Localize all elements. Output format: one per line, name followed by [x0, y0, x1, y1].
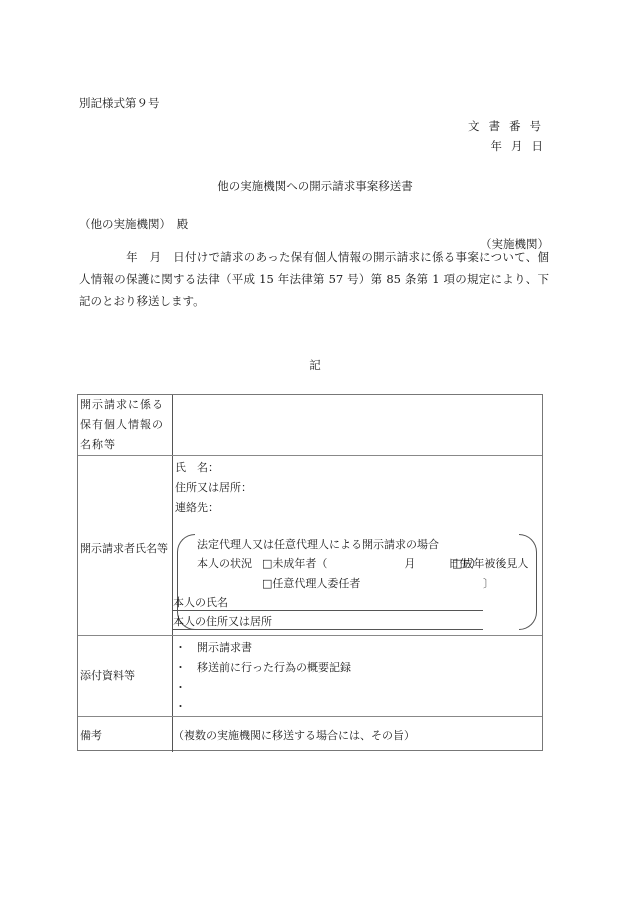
attachment-item[interactable]: ・	[175, 679, 186, 695]
table-row-requester: 開示請求者氏名等 氏 名： 住所又は居所： 連絡先： 法定代理人又は任意代理人に…	[78, 456, 542, 636]
requester-contact-field[interactable]: 連絡先：	[175, 499, 219, 515]
attachment-item: ・ 移送前に行った行為の概要記録	[175, 659, 351, 675]
remarks-label: 備考	[80, 727, 102, 743]
principal-address-label: 本人の住所又は居所	[173, 615, 272, 628]
body-paragraph: 年 月 日付けで請求のあった保有個人情報の開示請求に係る事案について、個人情報の…	[79, 246, 549, 312]
requester-value: 氏 名： 住所又は居所： 連絡先： 法定代理人又は任意代理人による開示請求の場合…	[173, 456, 542, 635]
attachment-item[interactable]: ・	[175, 698, 186, 714]
principal-name-field[interactable]: 本人の氏名	[173, 594, 483, 611]
transfer-table: 開示請求に係る保有個人情報の名称等 開示請求者氏名等 氏 名： 住所又は居所： …	[77, 394, 543, 751]
row-label: 開示請求に係る保有個人情報の名称等	[78, 395, 173, 455]
document-title: 他の実施機関への開示請求事案移送書	[0, 178, 630, 194]
attachment-item: ・ 開示請求書	[175, 639, 252, 655]
attachments-label: 添付資料等	[80, 667, 135, 683]
info-name-value[interactable]	[173, 395, 542, 455]
minor-checkbox[interactable]: □未成年者（ 月 日生）	[262, 555, 481, 571]
requester-name-field[interactable]: 氏 名：	[175, 459, 219, 475]
table-row-attachments: 添付資料等 ・ 開示請求書 ・ 移送前に行った行為の概要記録 ・ ・	[78, 636, 542, 717]
attachments-value: ・ 開示請求書 ・ 移送前に行った行為の概要記録 ・ ・	[173, 636, 542, 716]
table-row-info-name: 開示請求に係る保有個人情報の名称等	[78, 395, 542, 456]
row-label: 備考	[78, 717, 173, 752]
date-label: 年月日	[491, 138, 553, 154]
body-paragraph-text: 年 月 日付けで請求のあった保有個人情報の開示請求に係る事案について、個人情報の…	[79, 246, 549, 312]
addressee: （他の実施機関） 殿	[79, 216, 188, 232]
row-label: 添付資料等	[78, 636, 173, 716]
voluntary-agent-checkbox[interactable]: □任意代理人委任者	[262, 575, 360, 591]
requester-label: 開示請求者氏名等	[80, 540, 168, 556]
close-bracket: 〕	[483, 575, 494, 591]
right-bracket	[519, 534, 537, 630]
ki-heading: 記	[0, 357, 630, 373]
remarks-value[interactable]: （複数の実施機関に移送する場合には、その旨）	[173, 717, 542, 752]
form-number: 別記様式第９号	[79, 95, 160, 111]
principal-name-label: 本人の氏名	[173, 596, 228, 609]
principal-address-field[interactable]: 本人の住所又は居所	[173, 613, 483, 630]
principal-status-label: 本人の状況	[197, 555, 252, 571]
row-label: 開示請求者氏名等	[78, 456, 173, 635]
document-number-label: 文書番号	[468, 118, 550, 134]
proxy-heading: 法定代理人又は任意代理人による開示請求の場合	[197, 536, 439, 552]
table-row-remarks: 備考 （複数の実施機関に移送する場合には、その旨）	[78, 717, 542, 752]
requester-address-field[interactable]: 住所又は居所：	[175, 479, 252, 495]
remarks-text: （複数の実施機関に移送する場合には、その旨）	[173, 727, 415, 743]
adult-ward-checkbox[interactable]: □成年被後見人	[452, 555, 528, 571]
